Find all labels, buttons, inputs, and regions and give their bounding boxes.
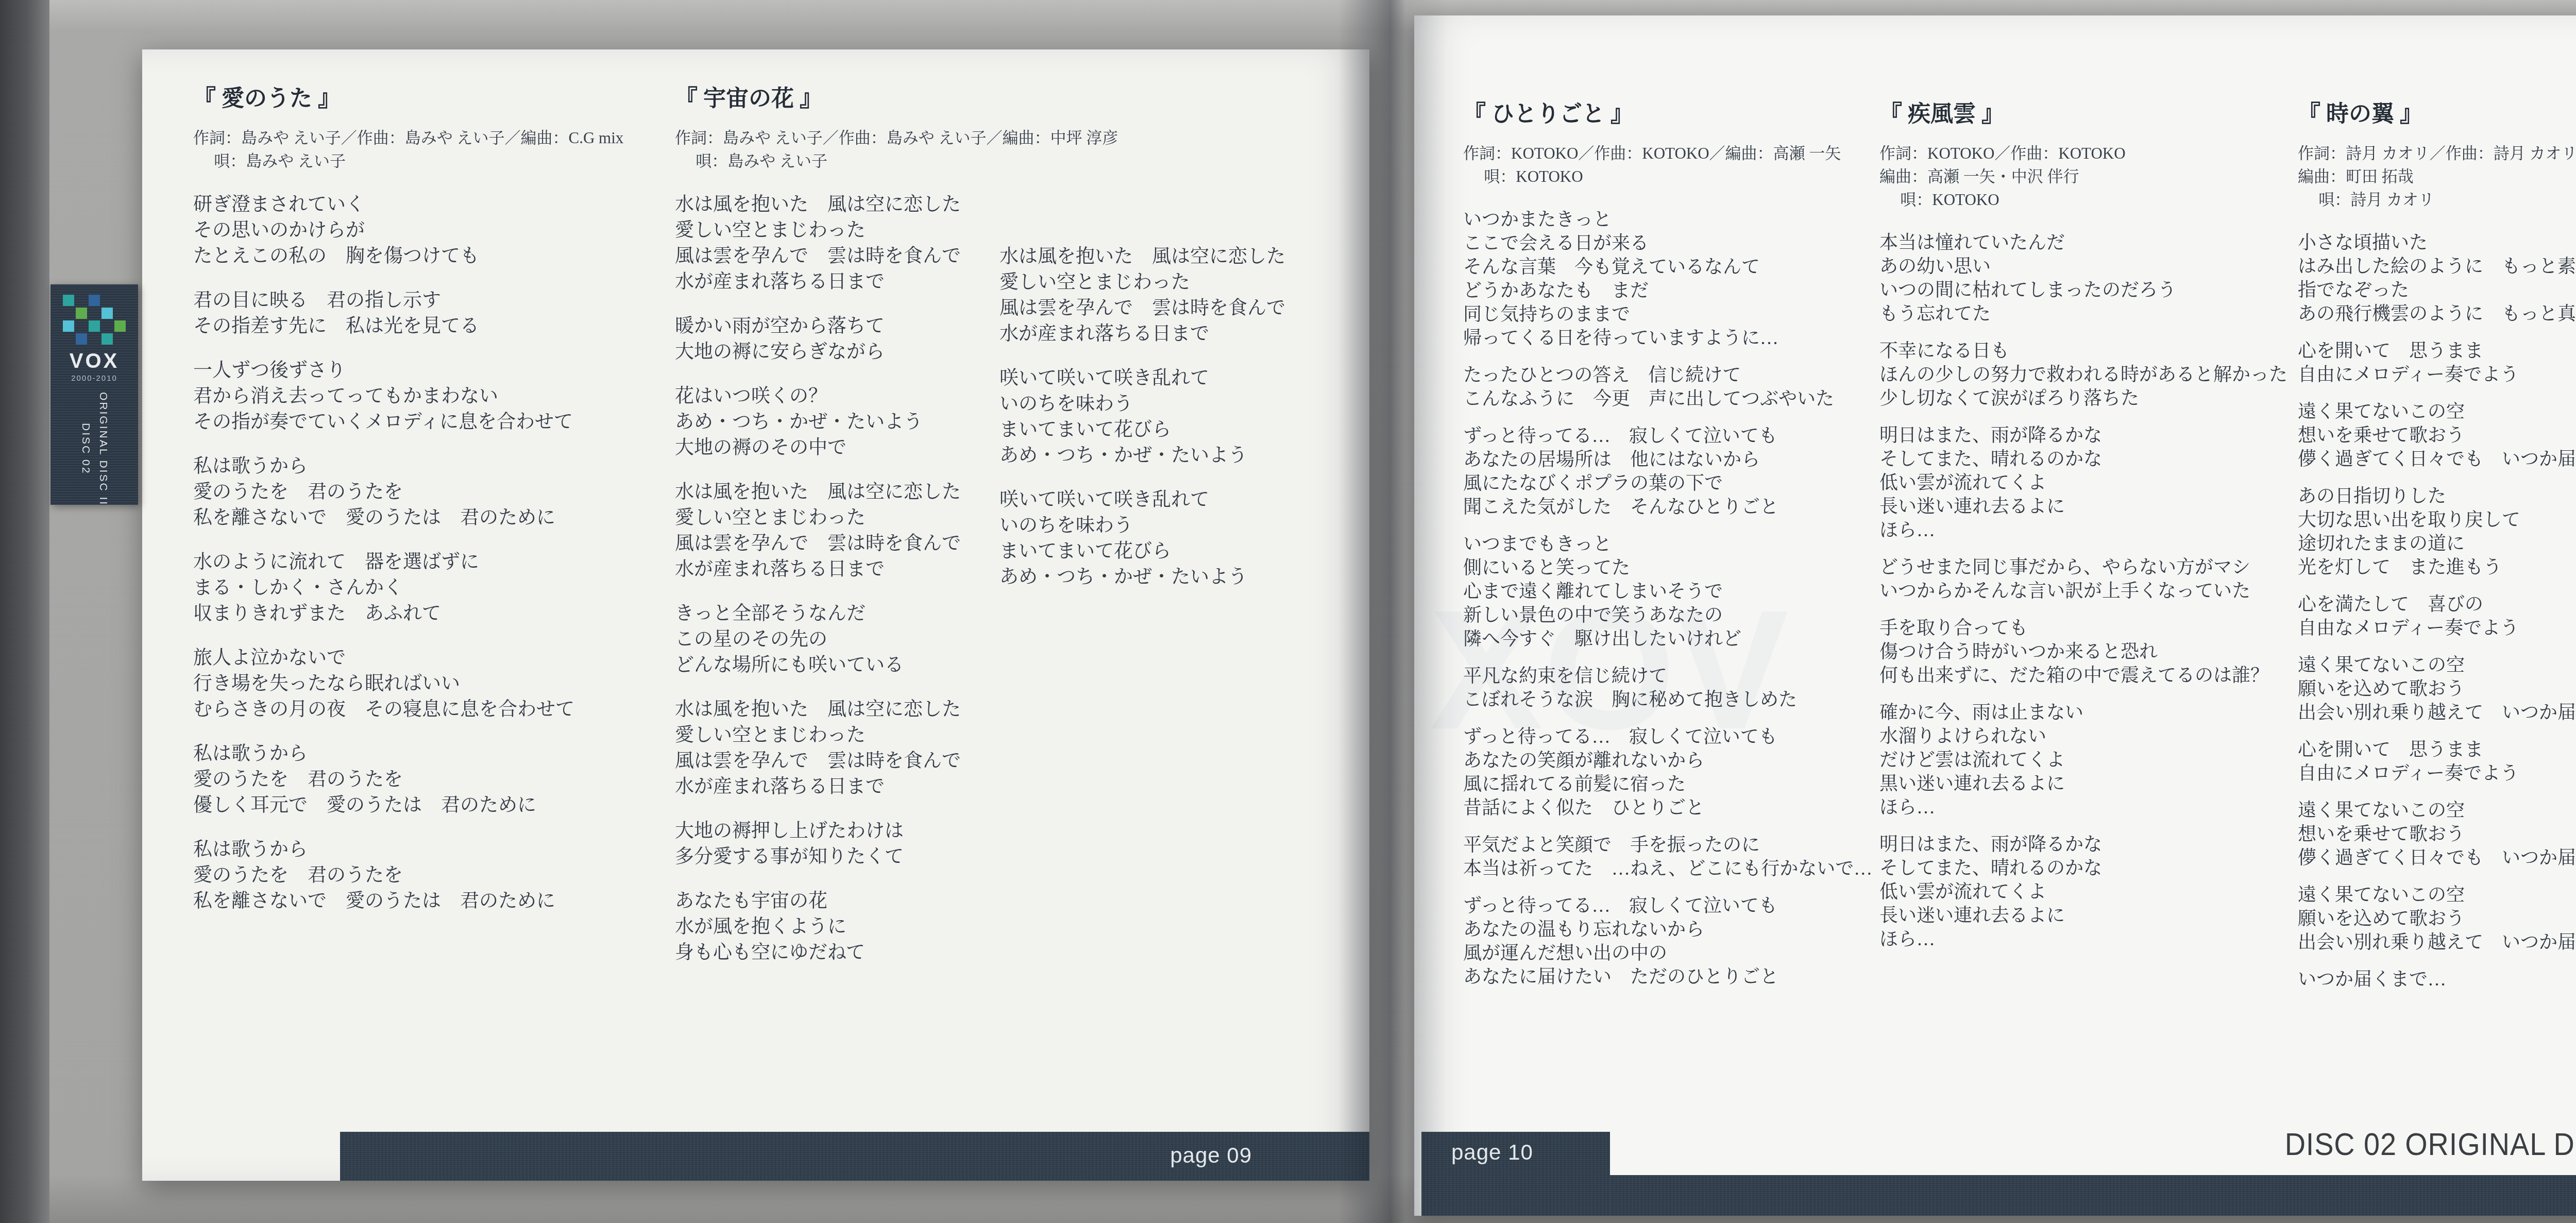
lyric-line: 水が産まれ落ちる日まで <box>999 321 1285 347</box>
lyric-line: たとえこの私の 胸を傷つけても <box>193 244 623 269</box>
song-title: 『 愛のうた 』 <box>193 85 623 113</box>
credit-line: 編曲：町田 拓哉 <box>2298 165 2576 188</box>
lyric-line: 大切な思い出を取り戻して <box>2298 508 2576 532</box>
lyric-line: まる・しかく・さんかく <box>193 575 623 601</box>
song-credits: 作詞：島みや えい子／作曲：島みや えい子／編曲：中坪 淳彦唄：島みや えい子 <box>675 126 1118 173</box>
lyric-line: 確かに今、雨は止まない <box>1879 701 2287 724</box>
lyric-line: 愛のうたを 君のうたを <box>193 863 623 889</box>
lyric-line: あなたの温もり忘れないから <box>1463 918 1872 941</box>
lyric-line: 水のように流れて 器を選ばずに <box>193 550 623 575</box>
lyric-line: こんなふうに 今更 声に出してつぶやいた <box>1463 387 1872 411</box>
brand-label: VOX <box>50 350 138 373</box>
lyric-line: あの日指切りした <box>2298 484 2576 508</box>
lyric-line: 研ぎ澄まされていく <box>193 192 623 218</box>
lyric-line: 私は歌うから <box>193 741 623 767</box>
lyric-line: 手を取り合っても <box>1879 616 2287 640</box>
lyric-stanza: 遠く果てないこの空願いを込めて歌おう出会い別れ乗り越えて いつか届けたい <box>2298 883 2576 954</box>
logo-pixel <box>63 295 74 306</box>
lyric-stanza: 心を開いて 思うまま自由にメロディー奏でよう <box>2298 738 2576 785</box>
lyric-line: あなたの居場所は 他にはないから <box>1463 448 1872 471</box>
lyric-line: 水が風を抱くように <box>675 914 1118 940</box>
lyric-stanza: 手を取り合っても傷つけ合う時がいつか来ると恐れ何も出来ずに、だた箱の中で震えてる… <box>1879 616 2287 687</box>
credit-line: 編曲：高瀬 一矢・中沢 伴行 <box>1879 165 2287 188</box>
lyric-line: そしてまた、晴れるのかな <box>1879 447 2287 471</box>
lyric-line: そしてまた、晴れるのかな <box>1879 856 2287 880</box>
lyric-line: 愛しい空とまじわった <box>675 723 1118 749</box>
lyric-line: いつかまたきっと <box>1463 208 1872 231</box>
lyric-line: 遠く果てないこの空 <box>2298 799 2576 822</box>
lyric-line: 愛のうたを 君のうたを <box>193 480 623 505</box>
lyric-line: その思いのかけらが <box>193 218 623 244</box>
lyric-stanza: 不幸になる日もほんの少しの努力で救われる時があると解かった少し切なくて涙がぽろり… <box>1879 339 2287 410</box>
lyric-line: 明日はまた、雨が降るかな <box>1879 423 2287 447</box>
lyric-line: 風に揺れてる前髪に宿った <box>1463 772 1872 796</box>
logo-pixel-empty <box>89 308 100 319</box>
logo-pixel-empty <box>114 308 126 319</box>
lyric-line: どうせまた同じ事だから、やらない方がマシ <box>1879 555 2287 579</box>
lyric-line: 心を満たして 喜びの <box>2298 592 2576 616</box>
lyric-line: 帰ってくる日を待っていますように… <box>1463 326 1872 350</box>
lyric-stanza: ずっと待ってる… 寂しくて泣いてもあなたの笑顔が離れないから風に揺れてる前髪に宿… <box>1463 725 1872 820</box>
logo-pixel-empty <box>101 320 113 332</box>
lyric-line: ずっと待ってる… 寂しくて泣いても <box>1463 894 1872 918</box>
lyric-line: 水は風を抱いた 風は空に恋した <box>675 697 1118 723</box>
lyric-line: そんな言葉 今も覚えているなんて <box>1463 255 1872 279</box>
spine-caption-line: ORIGINAL DISC II <box>97 392 109 506</box>
logo-pixel-empty <box>63 308 74 319</box>
lyric-line: だけど雲は流れてくよ <box>1879 748 2287 772</box>
lyric-line: 長い迷い連れ去るよに <box>1879 495 2287 518</box>
lyric-stanza: 旅人よ泣かないで行き場を失ったなら眠ればいいむらさきの月の夜 その寝息に息を合わ… <box>193 646 623 723</box>
logo-pixel <box>101 308 113 319</box>
logo-pixel <box>89 295 100 306</box>
lyric-stanza: 水は風を抱いた 風は空に恋した愛しい空とまじわった風は雲を孕んで 雲は時を食んで… <box>999 244 1285 347</box>
logo-pixel <box>101 333 113 345</box>
lyric-line: 愛しい空とまじわった <box>999 270 1285 296</box>
lyric-line: もう忘れてた <box>1879 302 2287 326</box>
lyric-line: その指差す先に 私は光を見てる <box>193 314 623 339</box>
lyric-line: 自由にメロディー奏でよう <box>2298 363 2576 386</box>
spine-tab-left: VOX 2000-2010 DISC 02 ORIGINAL DISC II <box>50 284 138 505</box>
lyric-line: いつか届くまで… <box>2298 967 2576 991</box>
lyrics-block: 研ぎ澄まされていくその思いのかけらがたとえこの私の 胸を傷つけても君の目に映る … <box>193 192 623 914</box>
credit-line: 作詞：島みや えい子／作曲：島みや えい子／編曲：中坪 淳彦 <box>675 126 1118 149</box>
lyric-line: 旅人よ泣かないで <box>193 646 623 671</box>
song-credits: 作詞：詩月 カオリ／作曲：詩月 カオリ編曲：町田 拓哉唄：詩月 カオリ <box>2298 142 2576 211</box>
lyric-stanza: どうせまた同じ事だから、やらない方がマシいつからかそんな言い訳が上手くなっていた <box>1879 555 2287 603</box>
lyric-stanza: 心を満たして 喜びの自由なメロディー奏でよう <box>2298 592 2576 640</box>
song-credits: 作詞：島みや えい子／作曲：島みや えい子／編曲：C.G mix唄：島みや えい… <box>193 126 623 173</box>
lyric-line: いのちを味わう <box>999 513 1285 539</box>
lyric-line: 途切れたままの道に <box>2298 532 2576 555</box>
lyric-stanza: 研ぎ澄まされていくその思いのかけらがたとえこの私の 胸を傷つけても <box>193 192 623 269</box>
lyric-line: むらさきの月の夜 その寝息に息を合わせて <box>193 697 623 723</box>
lyric-stanza: あなたも宇宙の花水が風を抱くように身も心も空にゆだねて <box>675 889 1118 966</box>
lyric-stanza: 明日はまた、雨が降るかなそしてまた、晴れるのかな低い雲が流れてくよ長い迷い連れ去… <box>1879 833 2287 951</box>
lyric-stanza: いつかまたきっとここで会える日が来るそんな言葉 今も覚えているなんてどうかあなた… <box>1463 208 1872 350</box>
lyrics-block: 水は風を抱いた 風は空に恋した愛しい空とまじわった風は雲を孕んで 雲は時を食んで… <box>999 244 1285 590</box>
lyric-line: 多分愛する事が知りたくて <box>675 844 1118 870</box>
lyric-line: 心を開いて 思うまま <box>2298 339 2576 363</box>
credit-line: 作詞：島みや えい子／作曲：島みや えい子／編曲：C.G mix <box>193 126 623 149</box>
logo-pixel-empty <box>89 333 100 345</box>
lyric-line: 本当は祈ってた …ねえ、どこにも行かないで… <box>1463 857 1872 880</box>
lyric-line: 想いを乗せて歌おう <box>2298 822 2576 846</box>
lyric-line: 咲いて咲いて咲き乱れて <box>999 366 1285 392</box>
song-credits: 作詞：KOTOKO／作曲：KOTOKO編曲：高瀬 一矢・中沢 伴行唄：KOTOK… <box>1879 142 2287 211</box>
song-column-ai-no-uta: 『 愛のうた 』作詞：島みや えい子／作曲：島みや えい子／編曲：C.G mix… <box>193 85 623 933</box>
lyric-line: 黒い迷い連れ去るよに <box>1879 772 2287 795</box>
footer-band-left: page 09 <box>340 1132 1369 1181</box>
lyric-line: 風は雲を孕んで 雲は時を食んで <box>675 749 1118 774</box>
lyric-stanza: 確かに今、雨は止まない水溜りよけられないだけど雲は流れてくよ黒い迷い連れ去るよに… <box>1879 701 2287 819</box>
lyric-line: あなたに届けたい ただのひとりごと <box>1463 965 1872 989</box>
lyric-line: 低い雲が流れてくよ <box>1879 880 2287 904</box>
lyric-line: ほら… <box>1879 795 2287 819</box>
lyric-stanza: 遠く果てないこの空想いを乗せて歌おう儚く過ぎてく日々でも いつか届くまで <box>2298 799 2576 870</box>
lyric-stanza: 私は歌うから愛のうたを 君のうたを優しく耳元で 愛のうたは 君のために <box>193 741 623 819</box>
lyric-line: 自由にメロディー奏でよう <box>2298 761 2576 785</box>
lyric-stanza: 本当は憧れていたんだあの幼い思いいつの間に枯れてしまったのだろうもう忘れてた <box>1879 231 2287 326</box>
lyric-line: いつまでもきっと <box>1463 532 1872 556</box>
lyric-line: 不幸になる日も <box>1879 339 2287 363</box>
logo-pixel-empty <box>114 333 126 345</box>
lyric-line: 平凡な約束を信じ続けて <box>1463 664 1872 688</box>
logo-pixel-empty <box>76 295 87 306</box>
lyric-line: あなたも宇宙の花 <box>675 889 1118 914</box>
lyric-stanza: 私は歌うから愛のうたを 君のうたを私を離さないで 愛のうたは 君のために <box>193 454 623 531</box>
lyric-line: 自由なメロディー奏でよう <box>2298 616 2576 640</box>
lyric-stanza: 心を開いて 思うまま自由にメロディー奏でよう <box>2298 339 2576 386</box>
lyric-line: ずっと待ってる… 寂しくて泣いても <box>1463 424 1872 448</box>
lyric-line: 同じ気持ちのままで <box>1463 302 1872 326</box>
vocal-credit-line: 唄：KOTOKO <box>1484 165 1872 188</box>
lyric-line: まいてまいて花びら <box>999 539 1285 565</box>
lyric-stanza: 一人ずつ後ずさり君から消え去ってってもかまわないその指が奏でていくメロディに息を… <box>193 358 623 435</box>
lyric-line: 遠く果てないこの空 <box>2298 883 2576 907</box>
lyric-stanza: 私は歌うから愛のうたを 君のうたを私を離さないで 愛のうたは 君のために <box>193 837 623 914</box>
lyric-stanza: 遠く果てないこの空願いを込めて歌おう出会い別れ乗り越えて いつか届けたい <box>2298 653 2576 724</box>
logo-pixel-empty <box>76 320 87 332</box>
booklet-scan: 『 愛のうた 』作詞：島みや えい子／作曲：島みや えい子／編曲：C.G mix… <box>0 0 2576 1223</box>
lyric-line: いのちを味わう <box>999 392 1285 417</box>
lyric-line: 出会い別れ乗り越えて いつか届けたい <box>2298 701 2576 724</box>
lyric-stanza: 君の目に映る 君の指し示すその指差す先に 私は光を見てる <box>193 288 623 339</box>
lyric-stanza: いつまでもきっと側にいると笑ってた心まで遠く離れてしまいそうで新しい景色の中で笑… <box>1463 532 1872 651</box>
lyric-stanza: 小さな頃描いたはみ出した絵のように もっと素直に指でなぞったあの飛行機雲のように… <box>2298 231 2576 326</box>
lyric-line: 咲いて咲いて咲き乱れて <box>999 487 1285 513</box>
vocal-credit-line: 唄：島みや えい子 <box>214 149 623 173</box>
lyric-line: 愛のうたを 君のうたを <box>193 767 623 793</box>
lyric-stanza: ずっと待ってる… 寂しくて泣いてもあなたの温もり忘れないから風が運んだ想い出の中… <box>1463 894 1872 989</box>
spine-caption-line: DISC 02 <box>79 392 92 506</box>
vox-pixel-logo <box>63 295 126 345</box>
lyric-stanza: きっと全部そうなんだこの星のその先のどんな場所にも咲いている <box>675 601 1118 678</box>
song-title: 『 時の翼 』 <box>2298 100 2576 128</box>
credit-line: 作詞：KOTOKO／作曲：KOTOKO／編曲：高瀬 一矢 <box>1463 142 1872 165</box>
lyric-line: 昔話によく似た ひとりごと <box>1463 796 1872 820</box>
lyric-line: 本当は憧れていたんだ <box>1879 231 2287 254</box>
lyric-line: 収まりきれずまた あふれて <box>193 601 623 627</box>
lyric-stanza: いつか届くまで… <box>2298 967 2576 991</box>
lyric-line: いつからかそんな言い訳が上手くなっていた <box>1879 579 2287 603</box>
lyric-line: 心まで遠く離れてしまいそうで <box>1463 580 1872 603</box>
vocal-credit-line: 唄：島みや えい子 <box>696 149 1118 173</box>
logo-pixel <box>89 320 100 332</box>
lyric-line: どうかあなたも まだ <box>1463 279 1872 302</box>
brand-sub-label: 2000-2010 <box>50 374 138 383</box>
lyric-line: 側にいると笑ってた <box>1463 556 1872 580</box>
song-column-uchuu-no-hana-continued: 水は風を抱いた 風は空に恋した愛しい空とまじわった風は雲を孕んで 雲は時を食んで… <box>999 225 1285 609</box>
lyric-line: 風が運んだ想い出の中の <box>1463 941 1872 965</box>
lyric-line: あの飛行機雲のように もっと真直ぐ <box>2298 302 2576 326</box>
credit-line: 作詞：KOTOKO／作曲：KOTOKO <box>1879 142 2287 165</box>
lyric-line: 水は風を抱いた 風は空に恋した <box>999 244 1285 270</box>
lyric-line: 大地の褥押し上げたわけは <box>675 819 1118 844</box>
lyric-stanza: 平凡な約束を信じ続けてこぼれそうな涙 胸に秘めて抱きしめた <box>1463 664 1872 711</box>
lyric-line: どんな場所にも咲いている <box>675 653 1118 678</box>
page-number: page 10 <box>1451 1140 1533 1165</box>
lyric-line: 遠く果てないこの空 <box>2298 400 2576 423</box>
logo-pixel-empty <box>63 333 74 345</box>
lyric-stanza: あの日指切りした大切な思い出を取り戻して途切れたままの道に光を灯して また進もう <box>2298 484 2576 579</box>
lyric-line: 指でなぞった <box>2298 278 2576 302</box>
lyric-stanza: たったひとつの答え 信じ続けてこんなふうに 今更 声に出してつぶやいた <box>1463 363 1872 411</box>
scan-edge-left <box>0 0 49 1223</box>
lyric-line: 君から消え去ってってもかまわない <box>193 384 623 410</box>
lyric-line: あなたの笑顔が離れないから <box>1463 749 1872 772</box>
lyrics-block: 本当は憧れていたんだあの幼い思いいつの間に枯れてしまったのだろうもう忘れてた不幸… <box>1879 231 2287 951</box>
lyric-stanza: 咲いて咲いて咲き乱れていのちを味わうまいてまいて花びらあめ・つち・かぜ・たいよう <box>999 366 1285 469</box>
logo-pixel <box>76 333 87 345</box>
lyric-line: 少し切なくて涙がぽろり落ちた <box>1879 386 2287 410</box>
lyric-line: 小さな頃描いた <box>2298 231 2576 254</box>
lyric-line: あめ・つち・かぜ・たいよう <box>999 565 1285 590</box>
lyric-line: 私は歌うから <box>193 837 623 863</box>
lyric-line: 隣へ今すぐ 駆け出したいけれど <box>1463 627 1872 651</box>
lyrics-block: いつかまたきっとここで会える日が来るそんな言葉 今も覚えているなんてどうかあなた… <box>1463 208 1872 989</box>
lyric-stanza: 遠く果てないこの空想いを乗せて歌おう儚く過ぎてく日々でも いつか届くまで <box>2298 400 2576 471</box>
credit-line: 作詞：詩月 カオリ／作曲：詩月 カオリ <box>2298 142 2576 165</box>
lyric-line: 長い迷い連れ去るよに <box>1879 904 2287 927</box>
lyric-line: ここで会える日が来る <box>1463 231 1872 255</box>
logo-pixel <box>76 308 87 319</box>
lyric-line: 傷つけ合う時がいつか来ると恐れ <box>1879 640 2287 664</box>
lyric-line: はみ出した絵のように もっと素直に <box>2298 254 2576 278</box>
lyric-line: 何も出来ずに、だた箱の中で震えてるのは誰？ <box>1879 664 2287 687</box>
vocal-credit-line: 唄：詩月 カオリ <box>2318 188 2576 211</box>
booklet-page-left: 『 愛のうた 』作詞：島みや えい子／作曲：島みや えい子／編曲：C.G mix… <box>142 49 1369 1181</box>
page-gutter-shadow <box>1338 0 1447 1223</box>
lyric-line: 願いを込めて歌おう <box>2298 907 2576 930</box>
lyric-line: 低い雲が流れてくよ <box>1879 471 2287 495</box>
logo-pixel-empty <box>114 295 126 306</box>
lyric-line: 水溜りよけられない <box>1879 724 2287 748</box>
lyric-line: あめ・つち・かぜ・たいよう <box>999 443 1285 469</box>
footer-band-page-number: page 10 <box>1421 1132 1610 1216</box>
lyric-line: 私を離さないで 愛のうたは 君のために <box>193 505 623 531</box>
song-title: 『 宇宙の花 』 <box>675 85 1118 113</box>
lyric-line: 私を離さないで 愛のうたは 君のために <box>193 889 623 914</box>
song-column-toki-no-tsubasa: 『 時の翼 』作詞：詩月 カオリ／作曲：詩月 カオリ編曲：町田 拓哉唄：詩月 カ… <box>2298 100 2576 1005</box>
disc-title: DISC 02 ORIGINAL DISC II <box>2285 1126 2576 1163</box>
lyric-line: 明日はまた、雨が降るかな <box>1879 833 2287 856</box>
lyric-line: その指が奏でていくメロディに息を合わせて <box>193 410 623 435</box>
lyric-line: ほら… <box>1879 927 2287 951</box>
song-title: 『 疾風雲 』 <box>1879 100 2287 128</box>
lyric-stanza: 水は風を抱いた 風は空に恋した愛しい空とまじわった風は雲を孕んで 雲は時を食んで… <box>675 697 1118 800</box>
lyric-line: 水が産まれ落ちる日まで <box>675 774 1118 800</box>
lyric-line: 優しく耳元で 愛のうたは 君のために <box>193 793 623 819</box>
lyric-line: 平気だよと笑顔で 手を振ったのに <box>1463 833 1872 857</box>
lyric-line: 君の目に映る 君の指し示す <box>193 288 623 314</box>
lyric-line: 儚く過ぎてく日々でも いつか届くまで <box>2298 447 2576 471</box>
logo-pixel <box>63 320 74 332</box>
lyric-line: ほら… <box>1879 518 2287 542</box>
lyric-line: 私は歌うから <box>193 454 623 480</box>
song-credits: 作詞：KOTOKO／作曲：KOTOKO／編曲：高瀬 一矢唄：KOTOKO <box>1463 142 1872 188</box>
lyric-line: 水は風を抱いた 風は空に恋した <box>675 192 1118 218</box>
booklet-page-right: VOX 『 ひとりごと 』作詞：KOTOKO／作曲：KOTOKO／編曲：高瀬 一… <box>1414 15 2576 1216</box>
logo-pixel <box>114 320 126 332</box>
spine-caption: DISC 02 ORIGINAL DISC II <box>61 392 128 506</box>
lyrics-block: 小さな頃描いたはみ出した絵のように もっと素直に指でなぞったあの飛行機雲のように… <box>2298 231 2576 991</box>
lyric-line: 儚く過ぎてく日々でも いつか届くまで <box>2298 846 2576 870</box>
lyric-line: あの幼い思い <box>1879 254 2287 278</box>
lyric-line: いつの間に枯れてしまったのだろう <box>1879 278 2287 302</box>
song-title: 『 ひとりごと 』 <box>1463 100 1872 128</box>
logo-pixel-empty <box>101 295 113 306</box>
lyric-line: この星のその先の <box>675 627 1118 653</box>
lyric-line: 一人ずつ後ずさり <box>193 358 623 384</box>
lyric-stanza: 明日はまた、雨が降るかなそしてまた、晴れるのかな低い雲が流れてくよ長い迷い連れ去… <box>1879 423 2287 542</box>
song-column-hayatekumo: 『 疾風雲 』作詞：KOTOKO／作曲：KOTOKO編曲：高瀬 一矢・中沢 伴行… <box>1879 100 2287 964</box>
lyric-line: たったひとつの答え 信じ続けて <box>1463 363 1872 387</box>
lyric-line: ずっと待ってる… 寂しくて泣いても <box>1463 725 1872 749</box>
lyric-line: 遠く果てないこの空 <box>2298 653 2576 677</box>
lyric-line: 行き場を失ったなら眠ればいい <box>193 671 623 697</box>
lyric-line: 出会い別れ乗り越えて いつか届けたい <box>2298 930 2576 954</box>
lyric-line: 心を開いて 思うまま <box>2298 738 2576 761</box>
lyric-line: 風にたなびくポプラの葉の下で <box>1463 471 1872 495</box>
lyric-stanza: 平気だよと笑顔で 手を振ったのに本当は祈ってた …ねえ、どこにも行かないで… <box>1463 833 1872 880</box>
lyric-line: こぼれそうな涙 胸に秘めて抱きしめた <box>1463 688 1872 711</box>
lyric-line: 新しい景色の中で笑うあなたの <box>1463 603 1872 627</box>
lyric-stanza: 大地の褥押し上げたわけは多分愛する事が知りたくて <box>675 819 1118 870</box>
song-column-hitorigoto: 『 ひとりごと 』作詞：KOTOKO／作曲：KOTOKO／編曲：高瀬 一矢唄：K… <box>1463 100 1872 1002</box>
lyric-line: まいてまいて花びら <box>999 417 1285 443</box>
vocal-credit-line: 唄：KOTOKO <box>1900 188 2287 211</box>
lyric-stanza: 水のように流れて 器を選ばずにまる・しかく・さんかく収まりきれずまた あふれて <box>193 550 623 627</box>
lyric-stanza: ずっと待ってる… 寂しくて泣いてもあなたの居場所は 他にはないから風にたなびくポ… <box>1463 424 1872 519</box>
lyric-line: 願いを込めて歌おう <box>2298 677 2576 701</box>
lyric-line: ほんの少しの努力で救われる時があると解かった <box>1879 363 2287 386</box>
lyric-stanza: 咲いて咲いて咲き乱れていのちを味わうまいてまいて花びらあめ・つち・かぜ・たいよう <box>999 487 1285 590</box>
lyric-line: 想いを乗せて歌おう <box>2298 423 2576 447</box>
lyric-line: 身も心も空にゆだねて <box>675 940 1118 966</box>
footer-band-right <box>1610 1175 2576 1216</box>
lyric-line: 光を灯して また進もう <box>2298 555 2576 579</box>
lyric-line: 風は雲を孕んで 雲は時を食んで <box>999 296 1285 321</box>
lyric-line: 聞こえた気がした そんなひとりごと <box>1463 495 1872 519</box>
page-number: page 09 <box>1170 1143 1252 1168</box>
